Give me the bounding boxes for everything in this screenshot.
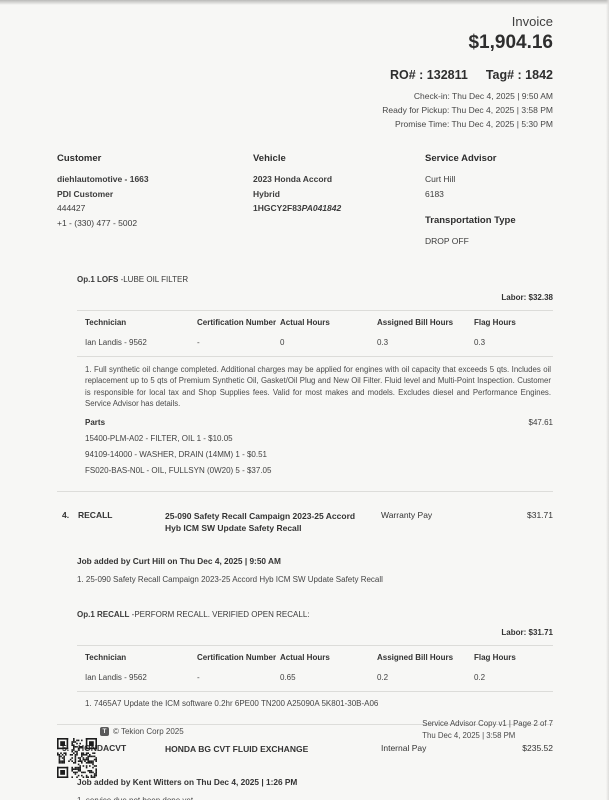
job-amount: $31.71 [491,510,553,520]
col-technician: Technician [85,318,197,327]
tag-number: Tag# : 1842 [486,68,553,82]
table-row: Ian Landis - 9562 - 0 0.3 0.3 [85,338,553,347]
section-divider [57,491,553,492]
customer-section: Customer diehlautomotive - 1663 PDI Cust… [57,153,253,249]
table-row: Ian Landis - 9562 - 0.65 0.2 0.2 [85,673,553,682]
lofs-op-code: Op.1 LOFS [77,275,118,284]
cell-actual-hours: 0.65 [280,673,377,682]
lofs-technician-table: Technician Certification Number Actual H… [77,310,553,357]
service-advisor-number: 6183 [425,187,553,202]
ready-for-pickup-time: Ready for Pickup: Thu Dec 4, 2025 | 3:58… [0,103,553,117]
service-advisor-label: Service Advisor [425,153,553,164]
customer-name: diehlautomotive - 1663 [57,172,253,187]
lofs-op-desc: -LUBE OIL FILTER [118,275,188,284]
job-pay-type: Internal Pay [381,743,491,753]
cell-flag-hours: 0.2 [474,673,553,682]
copyright-text: © Tekion Corp 2025 [113,727,184,736]
transportation-value: DROP OFF [425,234,553,249]
recall-op-code: Op.1 RECALL [77,610,129,619]
part-item: 94109-14000 - WASHER, DRAIN (14MM) 1 - $… [0,450,609,459]
job-title: 25-090 Safety Recall Campaign 2023-25 Ac… [165,510,381,534]
promise-time: Promise Time: Thu Dec 4, 2025 | 5:30 PM [0,117,553,131]
footer-left [57,738,97,778]
cell-flag-hours: 0.3 [474,338,553,347]
cell-actual-hours: 0 [280,338,377,347]
vin-suffix: PA041842 [302,203,342,213]
lofs-labor-amount: Labor: $32.38 [0,293,609,302]
invoice-label: Invoice [0,14,553,29]
parts-total: $47.61 [529,418,553,427]
check-in-time: Check-in: Thu Dec 4, 2025 | 9:50 AM [0,89,553,103]
service-advisor-name: Curt Hill [425,172,553,187]
customer-type: PDI Customer [57,187,253,202]
advisor-section: Service Advisor Curt Hill 6183 Transport… [425,153,553,249]
job-pay-type: Warranty Pay [381,510,491,520]
vehicle-model: 2023 Honda Accord [253,172,425,187]
vehicle-section: Vehicle 2023 Honda Accord Hybrid 1HGCY2F… [253,153,425,249]
vehicle-trim: Hybrid [253,187,425,202]
recall-labor-amount: Labor: $31.71 [0,628,609,637]
invoice-page: Invoice $1,904.16 RO# : 132811Tag# : 184… [0,0,609,800]
recall-job-header: 4. RECALL 25-090 Safety Recall Campaign … [0,510,609,534]
lofs-job-note: 1. Full synthetic oil change completed. … [0,364,609,410]
parts-label: Parts [85,418,105,427]
job-code: RECALL [78,510,165,520]
header-dates: Check-in: Thu Dec 4, 2025 | 9:50 AM Read… [0,89,553,131]
col-actual-hours: Actual Hours [280,653,377,662]
tekion-logo-icon: T [100,727,109,736]
copy-info: Service Advisor Copy v1 | Page 2 of 7 [422,718,553,730]
lofs-op-title: Op.1 LOFS -LUBE OIL FILTER [0,275,609,284]
recall-op-title: Op.1 RECALL -PERFORM RECALL. VERIFIED OP… [0,610,609,619]
cell-certification-number: - [197,673,280,682]
hondacvt-job-added: Job added by Kent Witters on Thu Dec 4, … [0,777,609,787]
transportation-label: Transportation Type [425,215,553,226]
invoice-header: Invoice $1,904.16 RO# : 132811Tag# : 184… [0,0,609,131]
job-title: HONDA BG CVT FLUID EXCHANGE [165,743,381,755]
invoice-total: $1,904.16 [0,32,553,54]
tekion-line: T © Tekion Corp 2025 [100,727,184,736]
col-flag-hours: Flag Hours [474,318,553,327]
hondacvt-note-1: 1. service due not been done yet [0,796,609,800]
recall-technician-table: Technician Certification Number Actual H… [77,645,553,692]
col-flag-hours: Flag Hours [474,653,553,662]
lofs-parts-row: Parts $47.61 [0,418,609,427]
col-actual-hours: Actual Hours [280,318,377,327]
customer-id: 444427 [57,201,253,216]
ro-number: RO# : 132811 [390,68,468,82]
cell-certification-number: - [197,338,280,347]
ro-tag-line: RO# : 132811Tag# : 1842 [0,68,553,82]
cell-technician: Ian Landis - 9562 [85,673,197,682]
recall-job-added: Job added by Curt Hill on Thu Dec 4, 202… [0,556,609,566]
col-certification-number: Certification Number [197,653,280,662]
transportation-section: Transportation Type DROP OFF [425,215,553,249]
col-assigned-bill-hours: Assigned Bill Hours [377,653,474,662]
customer-label: Customer [57,153,253,164]
qr-code [57,738,97,778]
recall-note-1: 1. 25-090 Safety Recall Campaign 2023-25… [0,575,609,584]
info-columns: Customer diehlautomotive - 1663 PDI Cust… [0,153,609,249]
print-timestamp: Thu Dec 4, 2025 | 3:58 PM [422,730,553,742]
customer-phone: +1 - (330) 477 - 5002 [57,216,253,231]
table-header-row: Technician Certification Number Actual H… [85,653,553,662]
cell-assigned-bill-hours: 0.3 [377,338,474,347]
vin-prefix: 1HGCY2F83 [253,203,302,213]
vehicle-label: Vehicle [253,153,425,164]
col-certification-number: Certification Number [197,318,280,327]
job-number: 4. [62,510,78,520]
vehicle-vin: 1HGCY2F83PA041842 [253,201,425,216]
cell-technician: Ian Landis - 9562 [85,338,197,347]
part-item: 15400-PLM-A02 - FILTER, OIL 1 - $10.05 [0,434,609,443]
col-technician: Technician [85,653,197,662]
table-header-row: Technician Certification Number Actual H… [85,318,553,327]
footer-right: Service Advisor Copy v1 | Page 2 of 7 Th… [422,718,553,742]
job-amount: $235.52 [491,743,553,753]
col-assigned-bill-hours: Assigned Bill Hours [377,318,474,327]
recall-op-desc: -PERFORM RECALL. VERIFIED OPEN RECALL: [129,610,309,619]
cell-assigned-bill-hours: 0.2 [377,673,474,682]
part-item: FS020-BAS-N0L - OIL, FULLSYN (0W20) 5 - … [0,466,609,475]
recall-note-2: 1. 7465A7 Update the ICM software 0.2hr … [0,699,609,708]
